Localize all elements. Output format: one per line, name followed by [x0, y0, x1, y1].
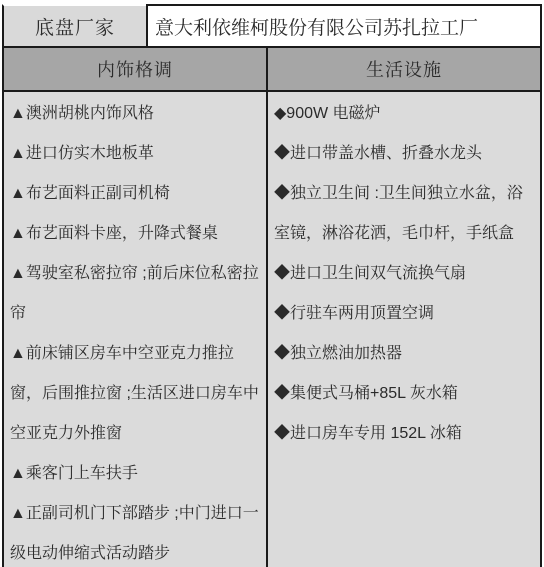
spec-item: ▲布艺面料卡座，升降式餐桌 — [10, 214, 264, 254]
spec-item: ◆900W 电磁炉 — [274, 94, 538, 134]
interior-style-list: ▲澳洲胡桃内饰风格 ▲进口仿实木地板革 ▲布艺面料正副司机椅 ▲布艺面料卡座，升… — [2, 92, 266, 567]
chassis-manufacturer-row: 底盘厂家 意大利依维柯股份有限公司苏扎拉工厂 — [2, 4, 542, 46]
interior-style-header: 内饰格调 — [2, 48, 266, 90]
chassis-manufacturer-label: 底盘厂家 — [2, 4, 146, 46]
spec-item: ▲驾驶室私密拉帘 ;前后床位私密拉帘 — [10, 254, 264, 334]
living-facilities-header: 生活设施 — [266, 48, 542, 90]
spec-item: ◆进口卫生间双气流换气扇 — [274, 254, 538, 294]
spec-item: ▲澳洲胡桃内饰风格 — [10, 94, 264, 134]
spec-item: ◆集便式马桶+85L 灰水箱 — [274, 374, 538, 414]
spec-item: ▲布艺面料正副司机椅 — [10, 174, 264, 214]
spec-item: ◆独立卫生间 :卫生间独立水盆，浴室镜，淋浴花洒，毛巾杆，手纸盒 — [274, 174, 538, 254]
spec-item: ◆进口带盖水槽、折叠水龙头 — [274, 134, 538, 174]
spec-sheet-page: 底盘厂家 意大利依维柯股份有限公司苏扎拉工厂 内饰格调 生活设施 ▲澳洲胡桃内饰… — [0, 0, 544, 567]
living-facilities-list: ◆900W 电磁炉 ◆进口带盖水槽、折叠水龙头 ◆独立卫生间 :卫生间独立水盆，… — [266, 92, 542, 567]
spec-item: ▲正副司机门下部踏步 ;中门进口一级电动伸缩式活动踏步 — [10, 494, 264, 567]
spec-item: ◆行驻车两用顶置空调 — [274, 294, 538, 334]
chassis-manufacturer-value: 意大利依维柯股份有限公司苏扎拉工厂 — [146, 4, 542, 46]
spec-item: ▲进口仿实木地板革 — [10, 134, 264, 174]
spec-item: ▲乘客门上车扶手 — [10, 454, 264, 494]
section-header-row: 内饰格调 生活设施 — [2, 46, 542, 90]
spec-item: ▲前床铺区房车中空亚克力推拉窗，后围推拉窗 ;生活区进口房车中空亚克力外推窗 — [10, 334, 264, 454]
spec-item: ◆独立燃油加热器 — [274, 334, 538, 374]
spec-content-row: ▲澳洲胡桃内饰风格 ▲进口仿实木地板革 ▲布艺面料正副司机椅 ▲布艺面料卡座，升… — [2, 90, 542, 567]
spec-item: ◆进口房车专用 152L 冰箱 — [274, 414, 538, 454]
spec-table: 底盘厂家 意大利依维柯股份有限公司苏扎拉工厂 内饰格调 生活设施 ▲澳洲胡桃内饰… — [2, 4, 542, 567]
